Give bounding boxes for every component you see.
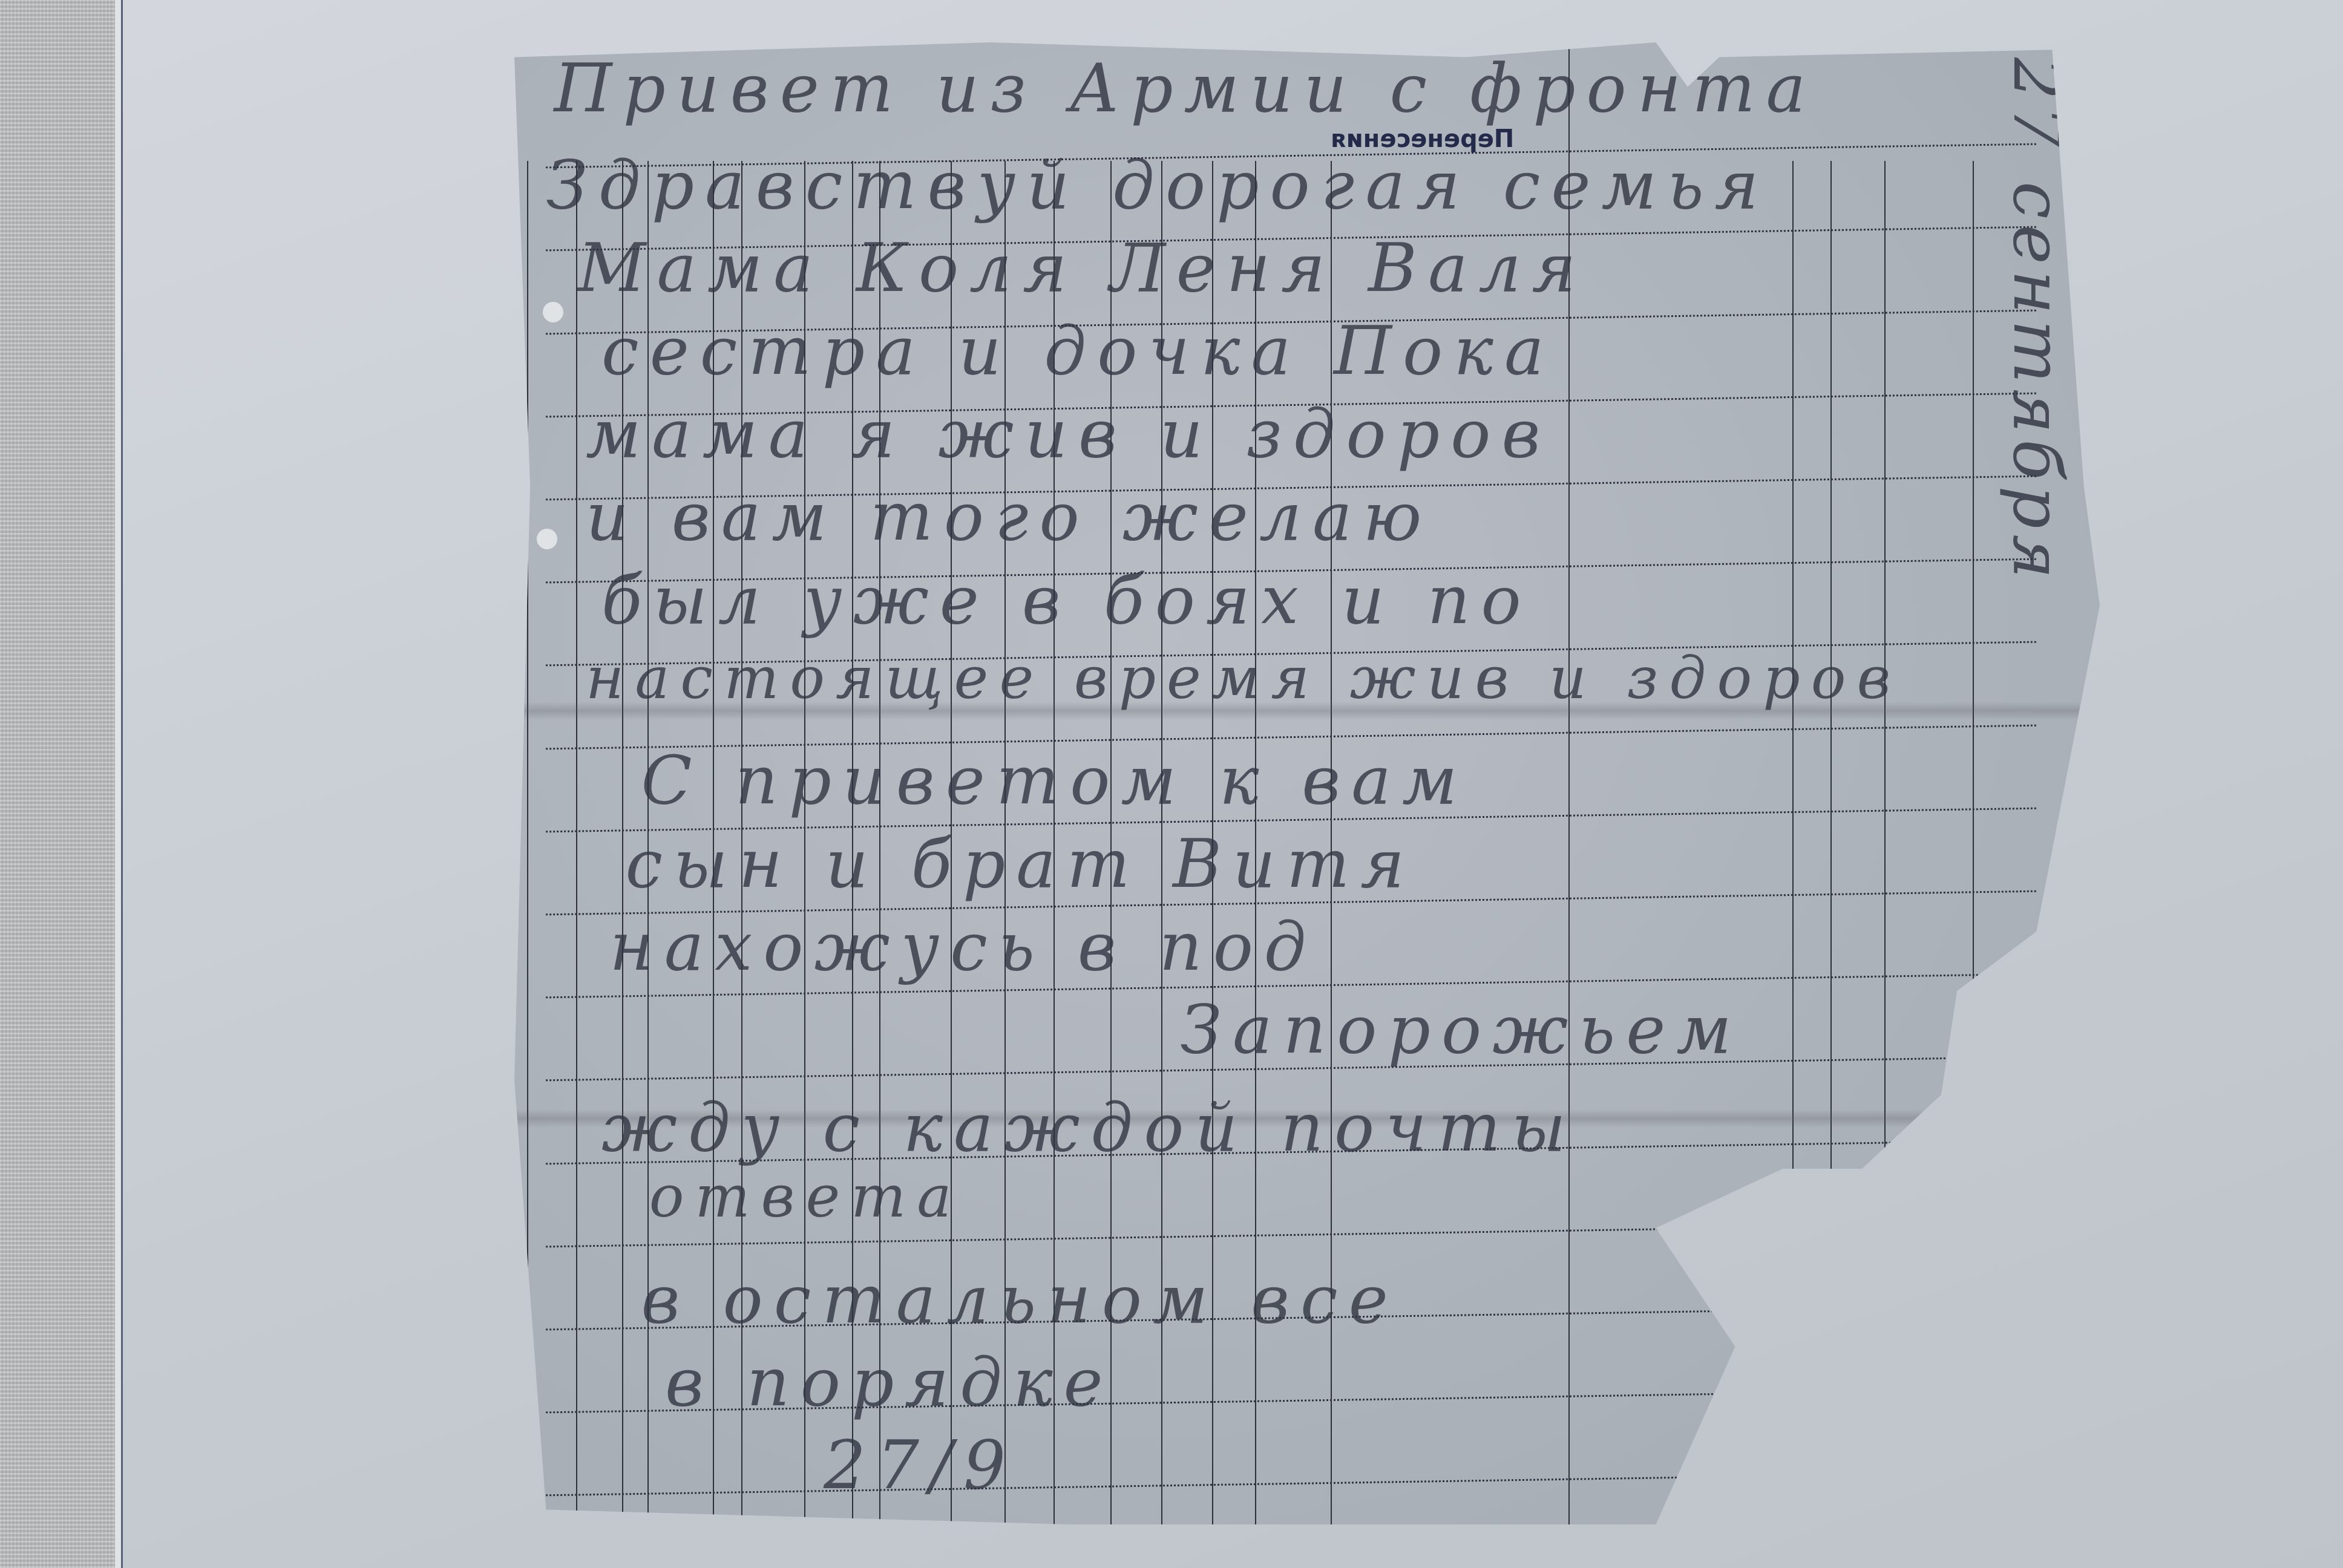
letter-line: сын и брат Витя	[625, 825, 1415, 903]
letter-line: и вам того желаю	[586, 478, 1433, 555]
letter-line: был уже в боях и по	[601, 561, 1532, 639]
letter-line: нахожусь в под	[609, 908, 1317, 985]
letter-line: в остальном все	[641, 1261, 1399, 1338]
letter-line: Запорожьем	[1180, 991, 1742, 1068]
letter-header: Привет из Армии с фронта	[554, 50, 1817, 127]
letter-line: Здравствуй дорогая семья	[546, 146, 1769, 224]
letter-date: 27/9	[824, 1426, 1017, 1504]
letter-line: С приветом к вам	[641, 742, 1469, 819]
letter-line: настоящее время жив и здоров	[586, 644, 1901, 712]
letter-line: мама я жив и здоров	[586, 395, 1552, 472]
punch-hole	[543, 302, 563, 322]
letter-line: ответа	[649, 1163, 963, 1230]
punch-hole	[537, 529, 557, 549]
letter-line: в порядке	[665, 1344, 1114, 1421]
letter-line: сестра и дочка Пока	[601, 312, 1555, 390]
letter-line: жду с каждой почты	[601, 1089, 1577, 1166]
cloth-background	[0, 0, 121, 1568]
letter-line: Мама Коля Леня Валя	[578, 229, 1587, 307]
